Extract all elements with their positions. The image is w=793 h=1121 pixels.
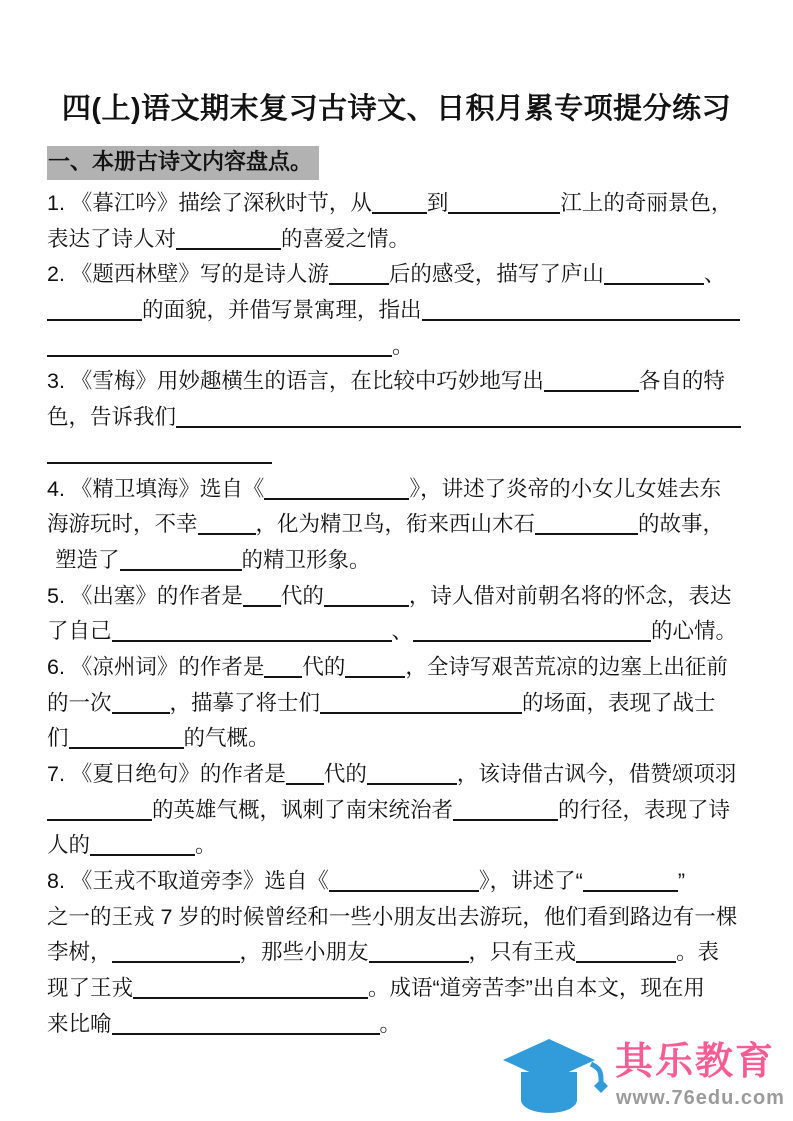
question-text: 代的 xyxy=(281,584,324,608)
fill-in-blank xyxy=(264,676,302,678)
question-line: 海游玩时，不幸，化为精卫鸟，衔来西山木石的故事， xyxy=(47,507,747,543)
question-text: 3. 《雪梅》用妙趣横生的语言，在比较中巧妙地写出 xyxy=(47,369,544,393)
fill-in-blank xyxy=(112,961,240,963)
question-line: 。 xyxy=(47,329,747,365)
question-line: 表达了诗人对的喜爱之情。 xyxy=(47,222,747,258)
question-text: 之一的王戎 7 岁的时候曾经和一些小朋友出去游玩，他们看到路边有一棵 xyxy=(47,905,737,929)
question-line: 的英雄气概，讽刺了南宋统治者的行径，表现了诗 xyxy=(47,793,747,829)
fill-in-blank xyxy=(112,1033,380,1035)
graduation-cap-icon xyxy=(503,1038,615,1120)
fill-in-blank xyxy=(120,569,242,571)
question-text: 海游玩时，不幸 xyxy=(47,512,198,536)
fill-in-blank xyxy=(324,605,409,607)
question-line: 1. 《暮江吟》描绘了深秋时节，从到江上的奇丽景色， xyxy=(47,186,747,222)
fill-in-blank xyxy=(329,890,479,892)
cap-board xyxy=(503,1039,595,1081)
question-text: 的气概。 xyxy=(184,726,270,750)
question-text: ，那些小朋友 xyxy=(240,940,369,964)
fill-in-blank xyxy=(345,676,405,678)
fill-in-blank xyxy=(243,605,281,607)
question-text: 6. 《凉州词》的作者是 xyxy=(47,655,264,679)
question-text: 的英雄气概，讽刺了南宋统治者 xyxy=(152,798,453,822)
question-text: 代的 xyxy=(302,655,345,679)
fill-in-blank xyxy=(47,819,152,821)
question-line: 5. 《出塞》的作者是代的，诗人借对前朝名将的怀念，表达 xyxy=(47,579,747,615)
question-text: 色，告诉我们 xyxy=(47,405,176,429)
question-text: ，全诗写艰苦荒凉的边塞上出征前 xyxy=(405,655,728,679)
cap-tassel xyxy=(591,1064,601,1083)
question-text: 现了王戎 xyxy=(47,976,133,1000)
question-line: 3. 《雪梅》用妙趣横生的语言，在比较中巧妙地写出各自的特 xyxy=(47,364,747,400)
question-text: 、 xyxy=(392,619,414,643)
fill-in-blank xyxy=(448,212,560,214)
question-text: 李树， xyxy=(47,940,112,964)
question-text: 到 xyxy=(427,191,449,215)
question-text: 的故事， xyxy=(638,512,724,536)
fill-in-blank xyxy=(47,355,392,357)
question-text: 7. 《夏日绝句》的作者是 xyxy=(47,762,286,786)
question-text: 。 xyxy=(392,334,414,358)
question-line: 现了王戎。成语“道旁苦李”出自本文，现在用 xyxy=(47,971,747,1007)
fill-in-blank xyxy=(329,283,389,285)
question-text: 的喜爱之情。 xyxy=(281,227,410,251)
fill-in-blank xyxy=(320,712,522,714)
fill-in-blank xyxy=(112,712,170,714)
section-heading: 一、本册古诗文内容盘点。 xyxy=(47,146,319,180)
question-text: 、 xyxy=(704,262,726,286)
question-line: 人的。 xyxy=(47,828,747,864)
fill-in-blank xyxy=(544,390,639,392)
question-line: 4. 《精卫填海》选自《》，讲述了炎帝的小女儿女娃去东 xyxy=(47,472,747,508)
question-text: 。成语“道旁苦李”出自本文，现在用 xyxy=(368,976,705,1000)
question-text: 后的感受，描写了庐山 xyxy=(389,262,604,286)
fill-in-blank xyxy=(604,283,704,285)
fill-in-blank xyxy=(413,640,651,642)
question-text: 来比喻 xyxy=(47,1012,112,1036)
fill-in-blank xyxy=(369,961,469,963)
fill-in-blank xyxy=(264,498,409,500)
question-text: 的面貌，并借写景寓理，指出 xyxy=(142,298,422,322)
page-title: 四(上)语文期末复习古诗文、日积月累专项提分练习 xyxy=(0,86,793,127)
question-line: 们的气概。 xyxy=(47,721,747,757)
question-line: 8. 《王戎不取道旁李》选自《》，讲述了“” xyxy=(47,864,747,900)
fill-in-blank xyxy=(367,783,457,785)
question-text: 5. 《出塞》的作者是 xyxy=(47,584,243,608)
question-text: ，诗人借对前朝名将的怀念，表达 xyxy=(409,584,732,608)
question-line: 的一次，描摹了将士们的场面，表现了战士 xyxy=(47,686,747,722)
question-text: 各自的特 xyxy=(639,369,725,393)
question-line: 2. 《题西林壁》写的是诗人游后的感受，描写了庐山、 xyxy=(47,257,747,293)
question-line: 色，告诉我们 xyxy=(47,400,747,436)
question-text: ，只有王戎 xyxy=(469,940,577,964)
brand-website: www.76edu.com xyxy=(616,1087,785,1110)
fill-in-blank xyxy=(112,640,392,642)
question-text: 的精卫形象。 xyxy=(242,548,371,572)
fill-in-blank xyxy=(176,426,741,428)
question-text: ，化为精卫鸟，衔来西山木石 xyxy=(256,512,536,536)
fill-in-blank xyxy=(372,212,427,214)
fill-in-blank xyxy=(47,319,142,321)
fill-in-blank xyxy=(535,533,638,535)
question-text: 塑造了 xyxy=(55,548,120,572)
fill-in-blank xyxy=(176,248,281,250)
question-text: 8. 《王戎不取道旁李》选自《 xyxy=(47,869,329,893)
question-text: 》，讲述了“ xyxy=(479,869,583,893)
question-text: ” xyxy=(678,869,685,893)
question-line: 李树，，那些小朋友，只有王戎。表 xyxy=(47,935,747,971)
fill-in-blank xyxy=(422,319,740,321)
fill-in-blank xyxy=(198,533,256,535)
fill-in-blank xyxy=(133,997,368,999)
question-text: 》，讲述了炎帝的小女儿女娃去东 xyxy=(409,477,721,501)
question-line: 7. 《夏日绝句》的作者是代的，该诗借古讽今，借赞颂项羽 xyxy=(47,757,747,793)
question-text: 人的 xyxy=(47,833,90,857)
question-text: 。 xyxy=(195,833,217,857)
question-text: 的一次 xyxy=(47,691,112,715)
fill-in-blank xyxy=(583,890,678,892)
question-line xyxy=(47,436,747,472)
question-text: 的行径，表现了诗 xyxy=(558,798,730,822)
questions: 1. 《暮江吟》描绘了深秋时节，从到江上的奇丽景色，表达了诗人对的喜爱之情。2.… xyxy=(47,186,747,1043)
fill-in-blank xyxy=(576,961,676,963)
question-text: 的场面，表现了战士 xyxy=(522,691,716,715)
question-text: 1. 《暮江吟》描绘了深秋时节，从 xyxy=(47,191,372,215)
question-text: 2. 《题西林壁》写的是诗人游 xyxy=(47,262,329,286)
question-line: 之一的王戎 7 岁的时候曾经和一些小朋友出去游玩，他们看到路边有一棵 xyxy=(47,900,747,936)
question-text: 。表 xyxy=(676,940,719,964)
question-text: 代的 xyxy=(324,762,367,786)
question-text: 了自己 xyxy=(47,619,112,643)
question-text: 们 xyxy=(47,726,69,750)
question-text: ，描摹了将士们 xyxy=(170,691,321,715)
question-line: 6. 《凉州词》的作者是代的，全诗写艰苦荒凉的边塞上出征前 xyxy=(47,650,747,686)
question-text: 4. 《精卫填海》选自《 xyxy=(47,477,264,501)
question-text: 江上的奇丽景色， xyxy=(560,191,732,215)
question-line: 了自己、的心情。 xyxy=(47,614,747,650)
question-text: 的心情。 xyxy=(651,619,737,643)
fill-in-blank xyxy=(286,783,324,785)
worksheet-page: 四(上)语文期末复习古诗文、日积月累专项提分练习 一、本册古诗文内容盘点。 1.… xyxy=(0,0,793,1121)
fill-in-blank xyxy=(69,747,184,749)
question-text: ，该诗借古讽今，借赞颂项羽 xyxy=(457,762,737,786)
question-line: 塑造了的精卫形象。 xyxy=(47,543,747,579)
fill-in-blank xyxy=(90,854,195,856)
brand-name: 其乐教育 xyxy=(615,1042,775,1082)
question-text: 。 xyxy=(380,1012,402,1036)
cap-tassel-knob xyxy=(594,1079,608,1093)
question-line: 来比喻。 xyxy=(47,1007,747,1043)
fill-in-blank xyxy=(47,462,272,464)
fill-in-blank xyxy=(453,819,558,821)
question-line: 的面貌，并借写景寓理，指出 xyxy=(47,293,747,329)
question-text: 表达了诗人对 xyxy=(47,227,176,251)
